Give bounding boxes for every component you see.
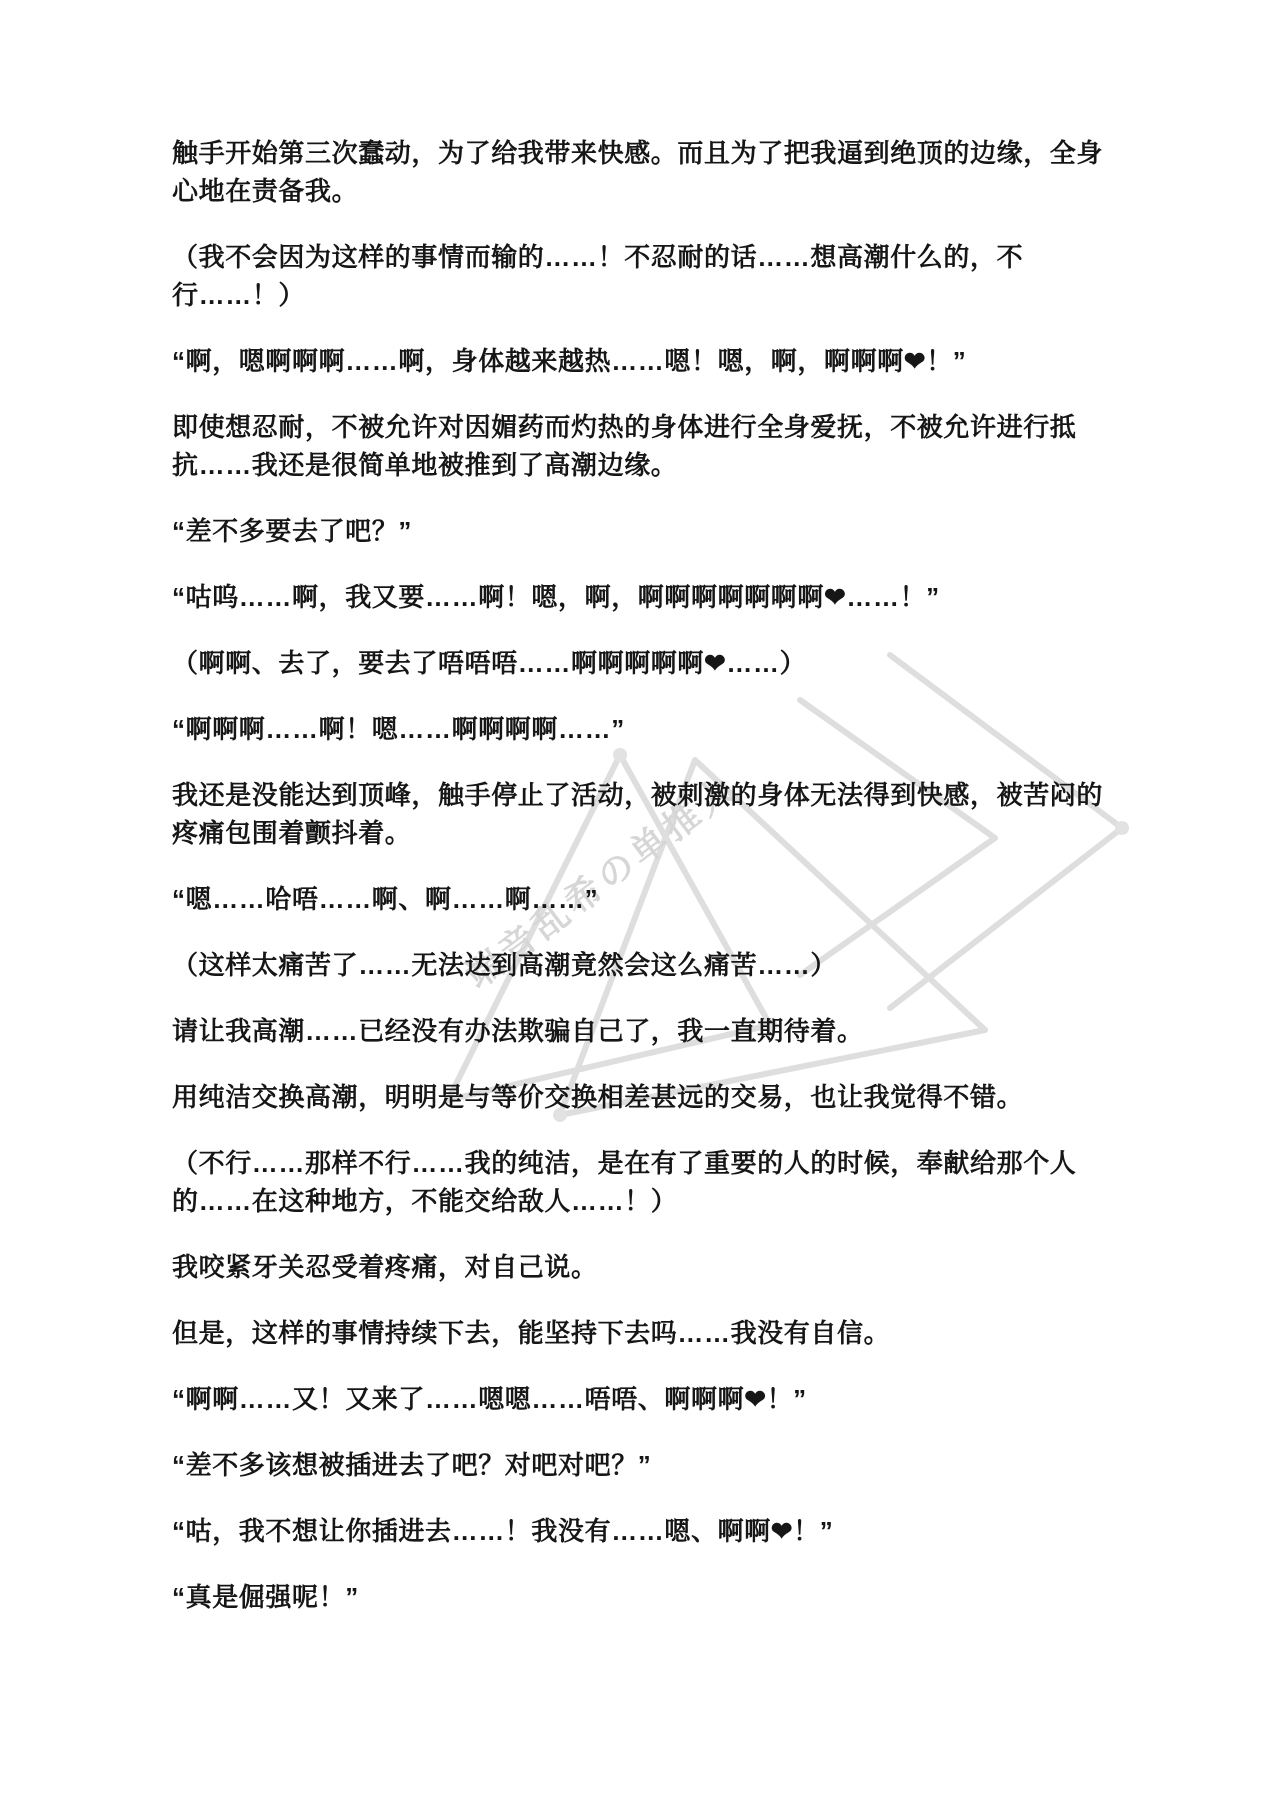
paragraph: “差不多要去了吧？”	[172, 512, 1116, 550]
paragraph: “啊，嗯啊啊啊……啊，身体越来越热……嗯！嗯，啊，啊啊啊❤！”	[172, 342, 1116, 380]
paragraph: 我还是没能达到顶峰，触手停止了活动，被刺激的身体无法得到快感，被苦闷的疼痛包围着…	[172, 776, 1116, 852]
paragraph: “真是倔强呢！”	[172, 1578, 1116, 1616]
paragraph: 我咬紧牙关忍受着疼痛，对自己说。	[172, 1248, 1116, 1286]
paragraph: 即使想忍耐，不被允许对因媚药而灼热的身体进行全身爱抚，不被允许进行抵抗……我还是…	[172, 408, 1116, 484]
paragraph: （这样太痛苦了……无法达到高潮竟然会这么痛苦……）	[172, 946, 1116, 984]
paragraph: “嗯……哈唔……啊、啊……啊……”	[172, 880, 1116, 918]
paragraph: 用纯洁交换高潮，明明是与等价交换相差甚远的交易，也让我觉得不错。	[172, 1078, 1116, 1116]
paragraph: （我不会因为这样的事情而输的……！不忍耐的话……想高潮什么的，不行……！）	[172, 238, 1116, 314]
paragraph: 请让我高潮……已经没有办法欺骗自己了，我一直期待着。	[172, 1012, 1116, 1050]
watermark-vertex-dot	[1115, 821, 1129, 835]
paragraph: “咕呜……啊，我又要……啊！嗯，啊，啊啊啊啊啊啊啊❤……！”	[172, 578, 1116, 616]
paragraph: “差不多该想被插进去了吧？对吧对吧？”	[172, 1446, 1116, 1484]
document-page: 端音乱希の单推人 触手开始第三次蠢动，为了给我带来快感。而且为了把我逼到绝顶的边…	[0, 0, 1280, 1810]
paragraph: （啊啊、去了，要去了唔唔唔……啊啊啊啊啊❤……）	[172, 644, 1116, 682]
paragraph: （不行……那样不行……我的纯洁，是在有了重要的人的时候，奉献给那个人的……在这种…	[172, 1144, 1116, 1220]
paragraph: “啊啊……又！又来了……嗯嗯……唔唔、啊啊啊❤！”	[172, 1380, 1116, 1418]
story-text: 触手开始第三次蠢动，为了给我带来快感。而且为了把我逼到绝顶的边缘，全身心地在责备…	[172, 134, 1116, 1644]
paragraph: 触手开始第三次蠢动，为了给我带来快感。而且为了把我逼到绝顶的边缘，全身心地在责备…	[172, 134, 1116, 210]
paragraph: 但是，这样的事情持续下去，能坚持下去吗……我没有自信。	[172, 1314, 1116, 1352]
paragraph: “啊啊啊……啊！嗯……啊啊啊啊……”	[172, 710, 1116, 748]
paragraph: “咕，我不想让你插进去……！我没有……嗯、啊啊❤！”	[172, 1512, 1116, 1550]
